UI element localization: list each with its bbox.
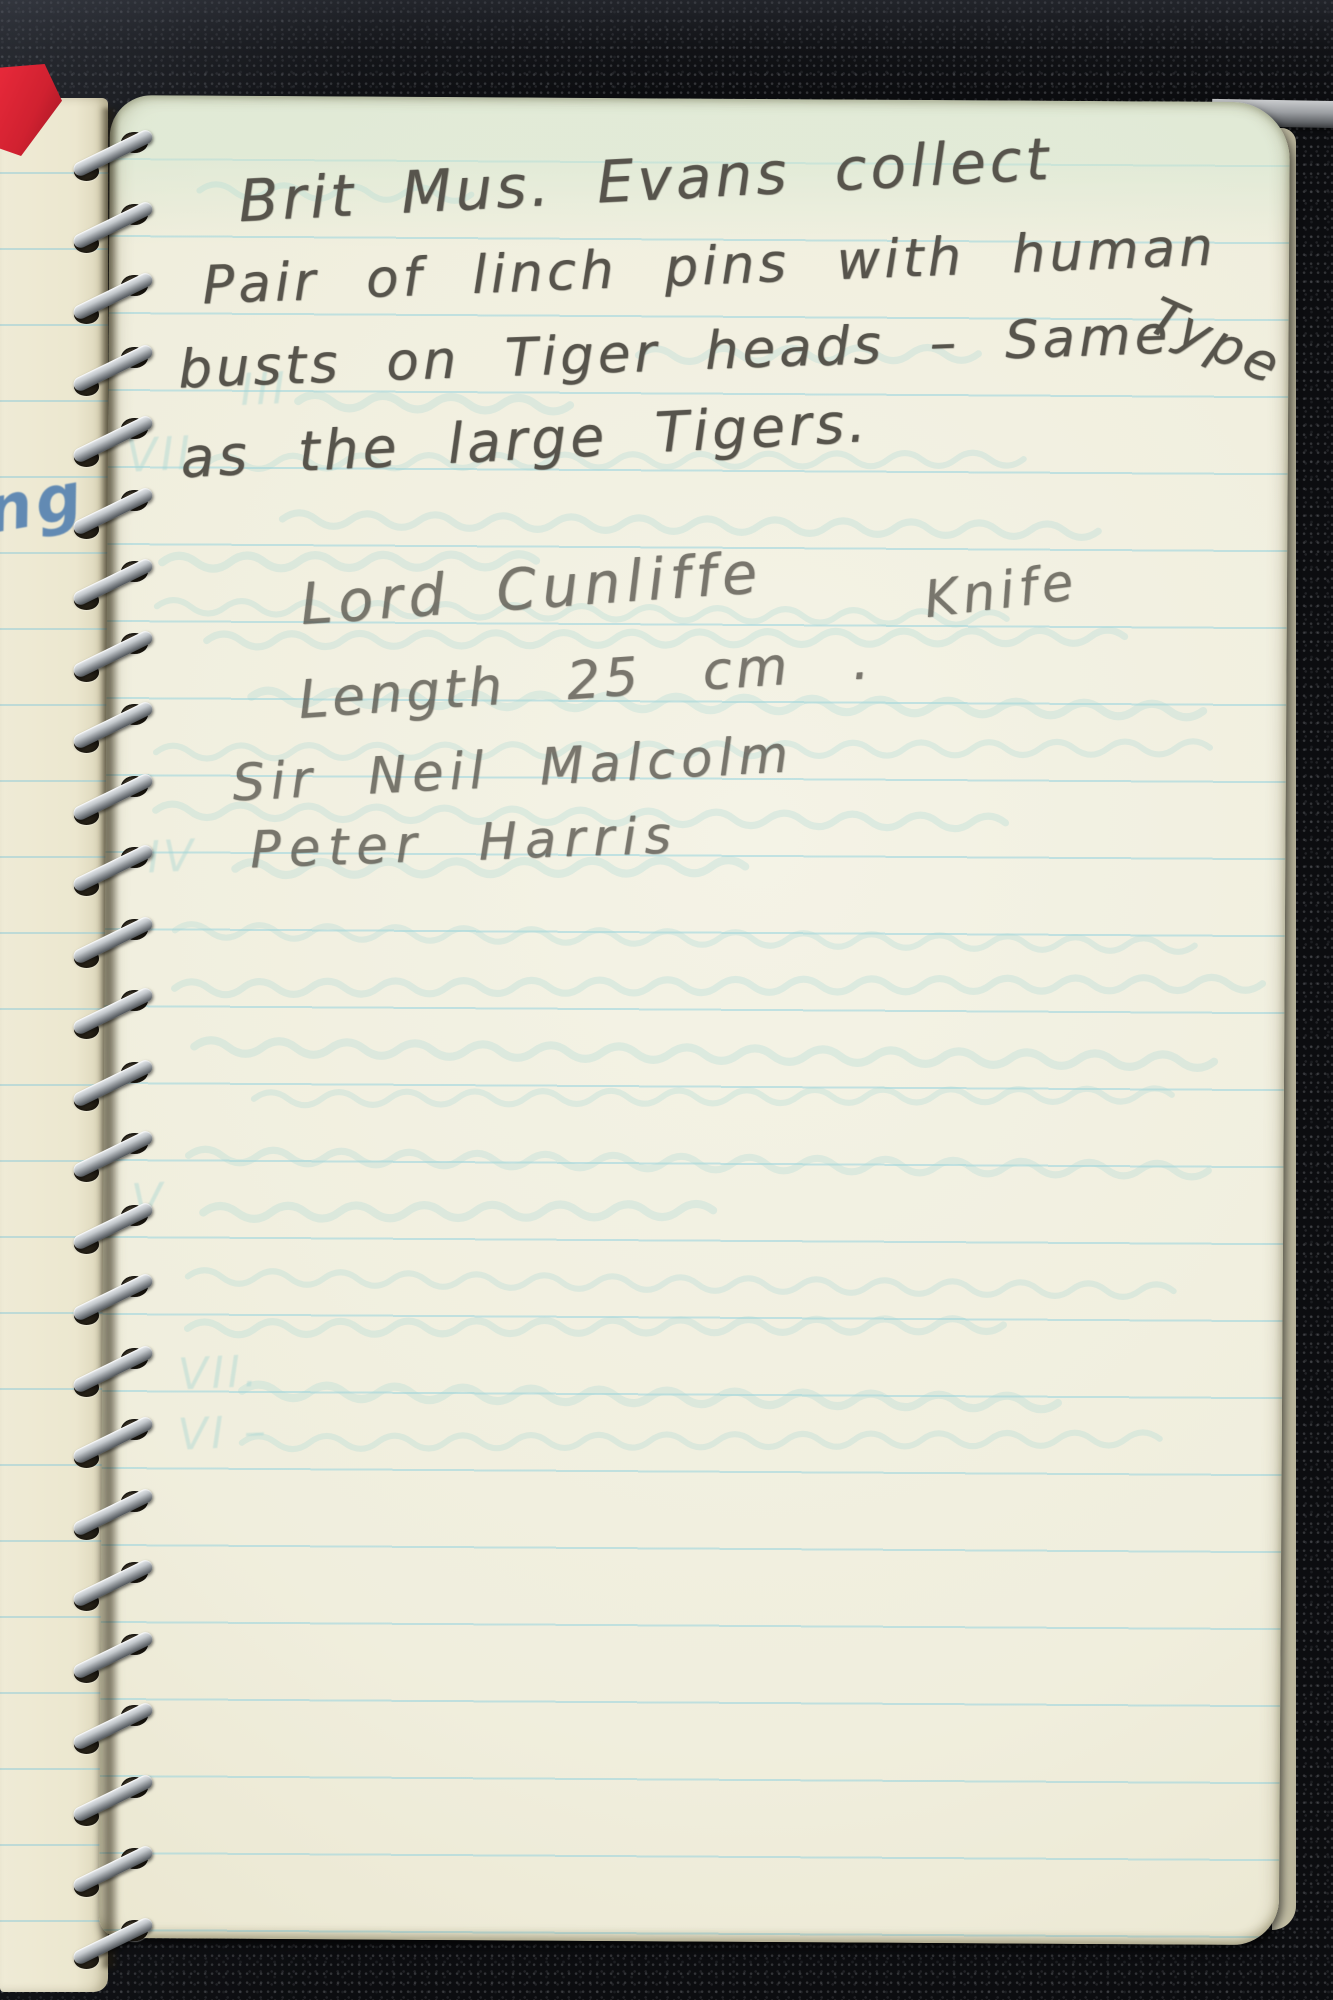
bleed-through-mark: VII. (177, 1346, 261, 1401)
bleed-through-mark: IV (146, 830, 197, 883)
binding-gap-shadow (100, 108, 118, 1968)
bleed-through-mark: VI – (177, 1406, 270, 1461)
notebook-photo: ng III VII IV V VII. VI – Brit Mus. Evan… (0, 0, 1333, 2000)
